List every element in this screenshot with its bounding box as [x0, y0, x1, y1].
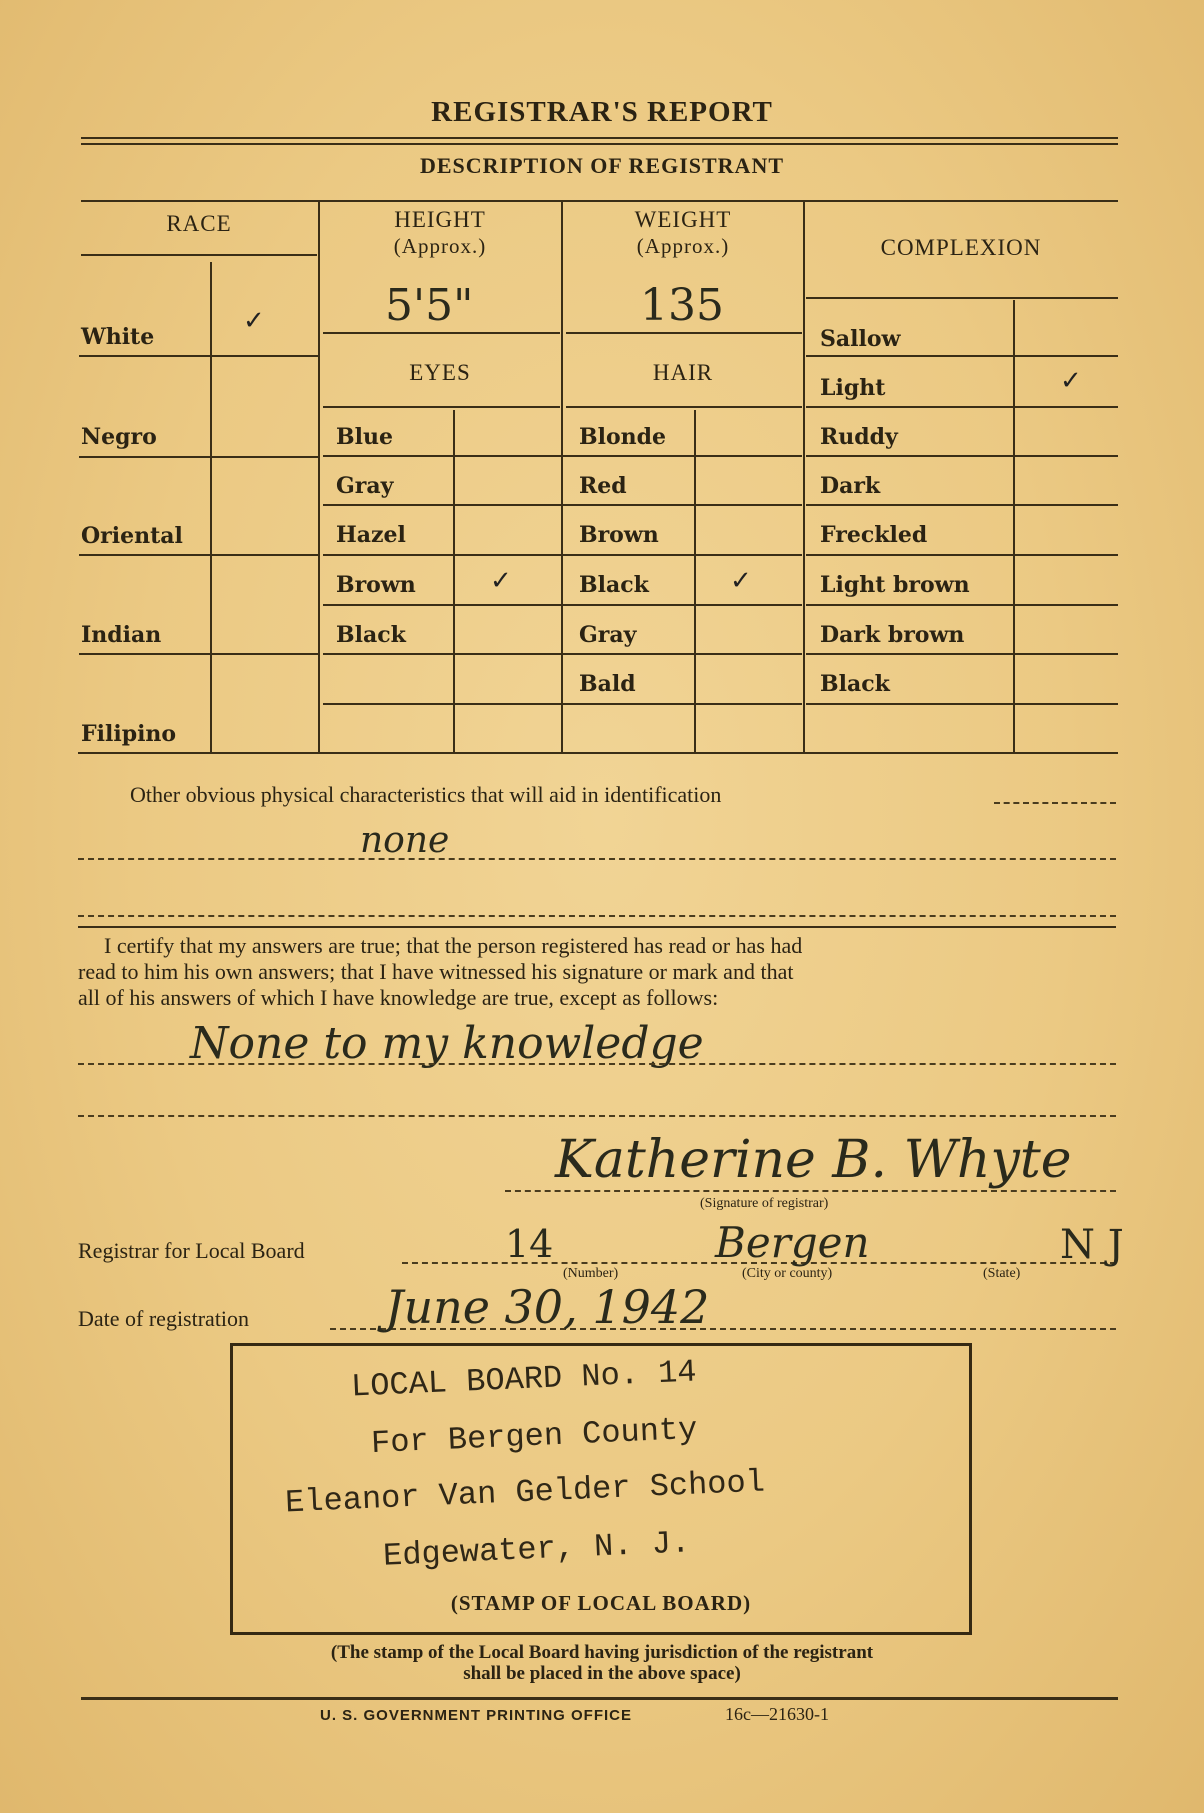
race-option-negro: Negro — [81, 424, 157, 450]
complexion-header: COMPLEXION — [805, 235, 1117, 261]
hair-header-rule — [566, 406, 802, 408]
divider-race-check — [210, 262, 212, 752]
complexion-rule — [806, 504, 1118, 506]
race-rule — [79, 355, 318, 357]
eyes-hair-rule — [323, 554, 802, 556]
weight-header: WEIGHT — [563, 207, 803, 233]
complexion-option-dark: Dark — [820, 473, 880, 499]
eyes-header-rule — [323, 406, 560, 408]
stamp-line-1: LOCAL BOARD No. 14 — [350, 1353, 697, 1405]
complexion-rule — [806, 355, 1118, 357]
weight-value[interactable]: 135 — [640, 280, 724, 331]
race-option-oriental: Oriental — [81, 523, 183, 549]
exceptions-line — [78, 1063, 1116, 1065]
height-value[interactable]: 5'5" — [385, 280, 473, 331]
certification-line-3: all of his answers of which I have knowl… — [78, 985, 718, 1010]
divider-weight-complexion — [803, 201, 805, 752]
race-option-filipino: Filipino — [81, 721, 176, 747]
complexion-option-light-brown: Light brown — [820, 572, 970, 598]
race-option-indian: Indian — [81, 622, 161, 648]
complexion-rule — [806, 406, 1118, 408]
other-characteristics-label: Other obvious physical characteristics t… — [130, 782, 721, 807]
hair-option-black: Black — [579, 572, 649, 598]
divider-height-weight — [561, 201, 563, 752]
form-code: 16c—21630-1 — [725, 1704, 829, 1725]
eyes-option-blue: Blue — [336, 424, 393, 450]
weight-subheader: (Approx.) — [563, 233, 803, 259]
complexion-option-black: Black — [820, 671, 890, 697]
eyes-option-hazel: Hazel — [336, 522, 406, 548]
state-caption: (State) — [983, 1266, 1020, 1282]
hair-option-brown: Brown — [579, 522, 659, 548]
stamp-note-line-1: (The stamp of the Local Board having jur… — [0, 1642, 1204, 1663]
complexion-header-rule — [806, 297, 1118, 299]
date-of-registration-value[interactable]: June 30, 1942 — [385, 1280, 709, 1334]
stamp-line-4: Edgewater, N. J. — [382, 1524, 691, 1574]
eyes-hair-rule — [323, 703, 802, 705]
eyes-hair-rule — [323, 504, 802, 506]
signature-caption: (Signature of registrar) — [700, 1196, 828, 1212]
eyes-hair-rule — [323, 653, 802, 655]
certification-line-1: I certify that my answers are true; that… — [104, 933, 802, 958]
divider-hair-check — [694, 410, 696, 752]
local-board-state[interactable]: N J — [1060, 1222, 1124, 1268]
complexion-option-light: Light — [820, 375, 885, 401]
race-header: RACE — [81, 211, 317, 237]
local-board-label: Registrar for Local Board — [78, 1238, 305, 1263]
printer-credit: U. S. GOVERNMENT PRINTING OFFICE — [320, 1707, 632, 1724]
complexion-rule — [806, 703, 1118, 705]
city-county-caption: (City or county) — [742, 1266, 832, 1282]
complexion-rule — [806, 455, 1118, 457]
local-board-stamp-box: LOCAL BOARD No. 14 For Bergen County Ele… — [230, 1343, 972, 1635]
table-bottom-rule — [78, 752, 1118, 754]
hair-option-red: Red — [579, 473, 627, 499]
certification-exceptions[interactable]: None to my knowledge — [190, 1018, 704, 1069]
title-rule-bottom — [81, 143, 1118, 145]
complexion-rule — [806, 554, 1118, 556]
race-white-checkmark[interactable]: ✓ — [243, 306, 265, 336]
hair-black-checkmark[interactable]: ✓ — [730, 566, 752, 596]
hair-option-blonde: Blonde — [579, 424, 666, 450]
stamp-caption: (STAMP OF LOCAL BOARD) — [233, 1591, 969, 1616]
complexion-rule — [806, 604, 1118, 606]
eyes-hair-rule — [323, 604, 802, 606]
divider-eyes-check — [453, 410, 455, 752]
section-rule — [78, 926, 1116, 928]
race-rule — [79, 456, 318, 458]
height-subheader: (Approx.) — [320, 233, 560, 259]
footer-rule — [81, 1697, 1118, 1700]
exceptions-line-2 — [78, 1115, 1116, 1117]
race-rule — [79, 653, 318, 655]
eyes-option-brown: Brown — [336, 572, 416, 598]
stamp-line-3: Eleanor Van Gelder School — [284, 1464, 765, 1522]
eyes-option-black: Black — [336, 622, 406, 648]
date-of-registration-label: Date of registration — [78, 1306, 249, 1331]
signature-line — [505, 1190, 1116, 1192]
divider-race-height — [318, 201, 320, 752]
complexion-option-ruddy: Ruddy — [820, 424, 898, 450]
local-board-number[interactable]: 14 — [505, 1222, 553, 1266]
table-top-rule — [81, 200, 1118, 202]
height-value-rule — [323, 332, 560, 334]
certification-line-2: read to him his own answers; that I have… — [78, 959, 793, 984]
race-header-rule — [81, 254, 317, 256]
complexion-light-checkmark[interactable]: ✓ — [1060, 366, 1082, 396]
other-characteristics-line-2 — [78, 915, 1116, 917]
eyes-brown-checkmark[interactable]: ✓ — [490, 566, 512, 596]
form-subtitle: DESCRIPTION OF REGISTRANT — [0, 153, 1204, 179]
other-characteristics-line — [78, 858, 1116, 860]
local-board-city-county[interactable]: Bergen — [715, 1218, 870, 1267]
divider-complexion-check — [1013, 300, 1015, 752]
stamp-line-2: For Bergen County — [370, 1411, 698, 1462]
form-card: REGISTRAR'S REPORT DESCRIPTION OF REGIST… — [0, 0, 1204, 1813]
eyes-header: EYES — [320, 360, 560, 386]
complexion-option-sallow: Sallow — [820, 326, 900, 352]
race-rule — [79, 554, 318, 556]
eyes-option-gray: Gray — [336, 473, 393, 499]
form-title: REGISTRAR'S REPORT — [0, 96, 1204, 129]
registrar-signature[interactable]: Katherine B. Whyte — [555, 1130, 1072, 1190]
complexion-option-dark-brown: Dark brown — [820, 622, 964, 648]
weight-value-rule — [566, 332, 802, 334]
title-rule-top — [81, 137, 1118, 139]
race-option-white: White — [81, 324, 154, 350]
height-header: HEIGHT — [320, 207, 560, 233]
other-characteristics-leader — [994, 802, 1116, 804]
stamp-note-line-2: shall be placed in the above space) — [0, 1663, 1204, 1684]
eyes-hair-rule — [323, 455, 802, 457]
hair-option-bald: Bald — [579, 671, 636, 697]
hair-option-gray: Gray — [579, 622, 636, 648]
hair-header: HAIR — [563, 360, 803, 386]
other-characteristics-value[interactable]: none — [360, 820, 449, 861]
complexion-option-freckled: Freckled — [820, 522, 927, 548]
complexion-rule — [806, 653, 1118, 655]
